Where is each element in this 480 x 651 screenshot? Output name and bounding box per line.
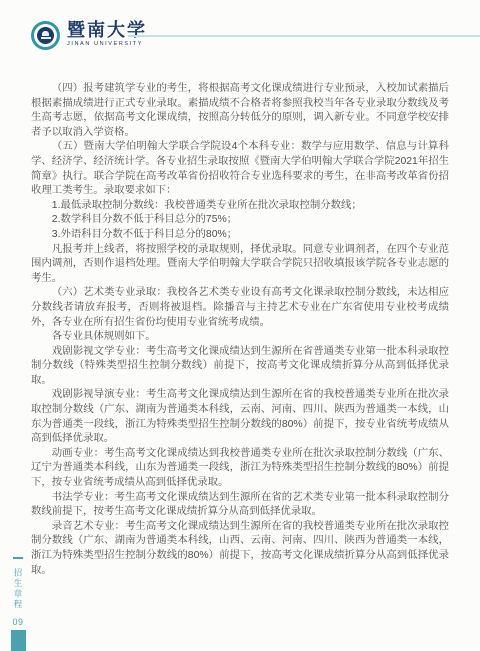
logo-emblem: [37, 27, 54, 44]
list-item-foreign-lang: 3.外语科目分数不低于科目总分的80%；: [31, 228, 449, 243]
paragraph-drama-directing: 戏剧影视导演专业：考生高考文化课成绩达到生源所在省的我校普通类专业所在批次录取控…: [31, 388, 449, 446]
paragraph-rules-intro: 各专业具体规则如下。: [31, 330, 449, 345]
page-number: 09: [10, 617, 26, 627]
list-item-math-score: 2.数学科目分数不低于科目总分的75%；: [31, 213, 449, 228]
spine-dash: [13, 557, 23, 559]
paragraph-animation: 动画专业：考生高考文化课成绩达到我校普通类专业所在批次录取控制分数线（广东、辽宁…: [31, 447, 449, 491]
jinan-university-logo-icon: [31, 21, 60, 50]
document-page: { "header": { "logo": "jinan-university-…: [0, 0, 480, 651]
header-divider-line: [128, 35, 480, 37]
logo-ring: [34, 24, 57, 47]
university-name-en: JINAN UNIVERSITY: [67, 41, 147, 47]
paragraph-recording-arts: 录音艺术专业：考生高考文化课成绩达到生源所在省的我校普通类专业所在批次录取控制分…: [31, 520, 449, 578]
spine-accent-block: [11, 630, 26, 651]
paragraph-rule-5: （五）暨南大学伯明翰大学联合学院设4个本科专业：数学与应用数学、信息与计算科学、…: [31, 140, 449, 198]
page-spine: 招生章程 09: [10, 557, 26, 651]
paragraph-admission-policy: 凡报考并上线者，将按照学校的录取规则，择优录取。同意专业调剂者，在四个专业范围内…: [31, 243, 449, 287]
paragraph-rule-6-arts: （六）艺术类专业录取：我校各艺术类专业设有高考文化课录取控制分数线，未达相应分数…: [31, 286, 449, 330]
paragraph-rule-4: （四）报考建筑学专业的考生，将根据高考文化课成绩进行专业预录，入校加试素描后根据…: [31, 82, 449, 140]
university-name-zh: 暨南大学: [67, 20, 147, 40]
university-brand: 暨南大学 JINAN UNIVERSITY: [67, 20, 147, 47]
list-item-min-score: 1.最低录取控制分数线：我校普通类专业所在批次录取控制分数线；: [31, 199, 449, 214]
paragraph-drama-literature: 戏剧影视文学专业：考生高考文化课成绩达到生源所在省普通类专业第一批本科录取控制分…: [31, 345, 449, 389]
page-header: 暨南大学 JINAN UNIVERSITY: [31, 19, 480, 55]
section-label: 招生章程: [12, 564, 24, 614]
paragraph-calligraphy: 书法学专业：考生高考文化课成绩达到生源所在省的艺术类专业第一批本科录取控制分数线…: [31, 491, 449, 520]
document-body: （四）报考建筑学专业的考生，将根据高考文化课成绩进行专业预录，入校加试素描后根据…: [31, 82, 449, 578]
